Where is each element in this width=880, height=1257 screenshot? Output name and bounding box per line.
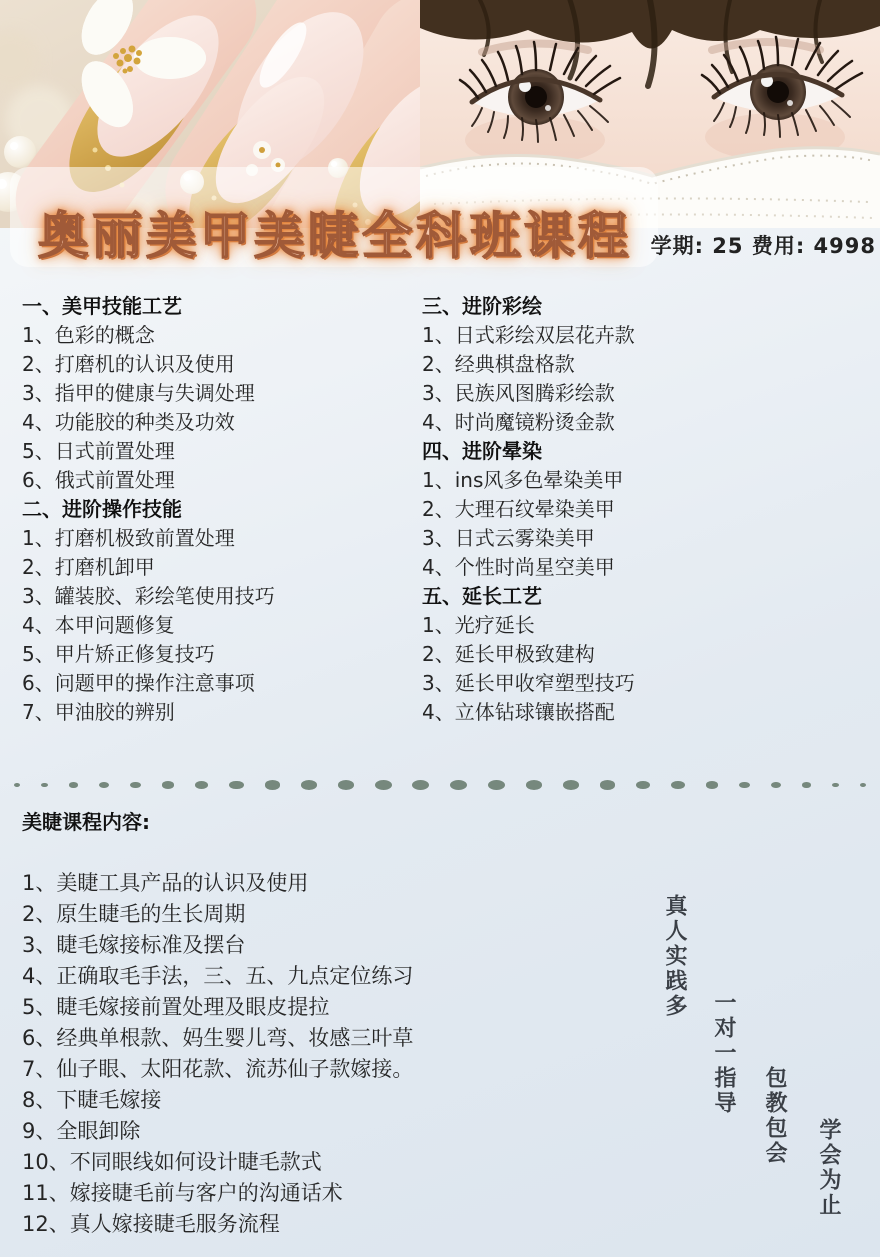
divider-dot bbox=[41, 783, 48, 788]
divider-dot bbox=[338, 780, 354, 790]
course-item: 3、指甲的健康与失调处理 bbox=[22, 379, 422, 408]
lash-course-item: 2、原生睫毛的生长周期 bbox=[22, 899, 652, 930]
divider-dot bbox=[14, 783, 20, 787]
lash-course-item: 10、不同眼线如何设计睫毛款式 bbox=[22, 1147, 652, 1178]
divider-dot bbox=[563, 780, 579, 789]
section-heading: 五、延长工艺 bbox=[422, 582, 880, 611]
divider-dot bbox=[671, 781, 685, 789]
lash-course-heading: 美睫课程内容: bbox=[22, 806, 150, 835]
course-item: 4、功能胶的种类及功效 bbox=[22, 408, 422, 437]
lash-course-item: 11、嫁接睫毛前与客户的沟通话术 bbox=[22, 1178, 652, 1209]
divider-dot bbox=[636, 781, 650, 790]
course-item: 6、俄式前置处理 bbox=[22, 466, 422, 495]
title-banner: 奥丽美甲美睫全科班课程 bbox=[10, 167, 658, 267]
course-item: 4、时尚魔镜粉烫金款 bbox=[422, 408, 880, 437]
course-item: 1、ins风多色晕染美甲 bbox=[422, 466, 880, 495]
divider-dot bbox=[771, 782, 781, 788]
divider-dot bbox=[706, 781, 718, 789]
course-item: 3、罐装胶、彩绘笔使用技巧 bbox=[22, 582, 422, 611]
course-item: 5、日式前置处理 bbox=[22, 437, 422, 466]
lash-course-item: 4、正确取毛手法，三、五、九点定位练习 bbox=[22, 961, 652, 992]
divider-dot bbox=[802, 782, 811, 787]
course-item: 2、经典棋盘格款 bbox=[422, 350, 880, 379]
course-item: 3、日式云雾染美甲 bbox=[422, 524, 880, 553]
course-item: 7、甲油胶的辨别 bbox=[22, 698, 422, 727]
lash-course-item: 9、全眼卸除 bbox=[22, 1116, 652, 1147]
course-item: 1、色彩的概念 bbox=[22, 321, 422, 350]
nail-course-column-right: 三、进阶彩绘 1、日式彩绘双层花卉款 2、经典棋盘格款 3、民族风图腾彩绘款 4… bbox=[422, 292, 880, 727]
lash-course-item: 7、仙子眼、太阳花款、流苏仙子款嫁接。 bbox=[22, 1054, 652, 1085]
divider-dot bbox=[860, 783, 866, 787]
course-item: 2、大理石纹晕染美甲 bbox=[422, 495, 880, 524]
course-item: 4、立体钻球镶嵌搭配 bbox=[422, 698, 880, 727]
vertical-slogan-until-learned: 学会为止 bbox=[817, 1118, 839, 1218]
term-fee-text: 学期: 25 费用: 4998 bbox=[651, 230, 876, 260]
section-heading: 三、进阶彩绘 bbox=[422, 292, 880, 321]
divider-dot bbox=[412, 780, 429, 790]
divider-dot bbox=[600, 780, 615, 789]
dotted-divider bbox=[14, 778, 866, 792]
vertical-slogan-guarantee: 包教包会 bbox=[763, 1066, 785, 1166]
divider-dot bbox=[69, 782, 78, 787]
poster-page: 奥丽美甲美睫全科班课程 学期: 25 费用: 4998 一、美甲技能工艺 1、色… bbox=[0, 0, 880, 1257]
course-item: 1、日式彩绘双层花卉款 bbox=[422, 321, 880, 350]
lash-course-item: 8、下睫毛嫁接 bbox=[22, 1085, 652, 1116]
lash-course-list: 1、美睫工具产品的认识及使用 2、原生睫毛的生长周期 3、睫毛嫁接标准及摆台 4… bbox=[22, 868, 652, 1240]
divider-dot bbox=[739, 782, 750, 789]
course-item: 4、本甲问题修复 bbox=[22, 611, 422, 640]
vertical-slogan-practice: 真人实践多 bbox=[663, 894, 685, 1019]
section-heading: 四、进阶晕染 bbox=[422, 437, 880, 466]
course-item: 5、甲片矫正修复技巧 bbox=[22, 640, 422, 669]
divider-dot bbox=[162, 781, 174, 789]
section-heading: 一、美甲技能工艺 bbox=[22, 292, 422, 321]
divider-dot bbox=[832, 783, 839, 788]
course-item: 1、光疗延长 bbox=[422, 611, 880, 640]
divider-dot bbox=[99, 782, 109, 788]
divider-dot bbox=[265, 780, 280, 789]
course-item: 2、打磨机的认识及使用 bbox=[22, 350, 422, 379]
lash-course-item: 5、睫毛嫁接前置处理及眼皮提拉 bbox=[22, 992, 652, 1023]
nail-course-column-left: 一、美甲技能工艺 1、色彩的概念 2、打磨机的认识及使用 3、指甲的健康与失调处… bbox=[22, 292, 422, 727]
divider-dot bbox=[526, 780, 542, 790]
lash-course-item: 3、睫毛嫁接标准及摆台 bbox=[22, 930, 652, 961]
poster-title: 奥丽美甲美睫全科班课程 bbox=[38, 211, 632, 261]
nail-course-columns: 一、美甲技能工艺 1、色彩的概念 2、打磨机的认识及使用 3、指甲的健康与失调处… bbox=[22, 292, 880, 727]
course-item: 1、打磨机极致前置处理 bbox=[22, 524, 422, 553]
course-item: 3、民族风图腾彩绘款 bbox=[422, 379, 880, 408]
course-item: 2、延长甲极致建构 bbox=[422, 640, 880, 669]
course-item: 2、打磨机卸甲 bbox=[22, 553, 422, 582]
course-item: 6、问题甲的操作注意事项 bbox=[22, 669, 422, 698]
vertical-slogan-one-on-one: 一对一指导 bbox=[712, 991, 734, 1116]
divider-dot bbox=[195, 781, 209, 789]
lash-course-item: 12、真人嫁接睫毛服务流程 bbox=[22, 1209, 652, 1240]
course-item: 3、延长甲收窄塑型技巧 bbox=[422, 669, 880, 698]
lash-course-item: 6、经典单根款、妈生婴儿弯、妆感三叶草 bbox=[22, 1023, 652, 1054]
divider-dot bbox=[450, 780, 467, 790]
section-heading: 二、进阶操作技能 bbox=[22, 495, 422, 524]
divider-dot bbox=[301, 780, 317, 789]
divider-dot bbox=[488, 780, 505, 790]
lash-course-item: 1、美睫工具产品的认识及使用 bbox=[22, 868, 652, 899]
course-item: 4、个性时尚星空美甲 bbox=[422, 553, 880, 582]
divider-dot bbox=[375, 780, 392, 790]
divider-dot bbox=[229, 781, 243, 790]
divider-dot bbox=[130, 782, 141, 789]
